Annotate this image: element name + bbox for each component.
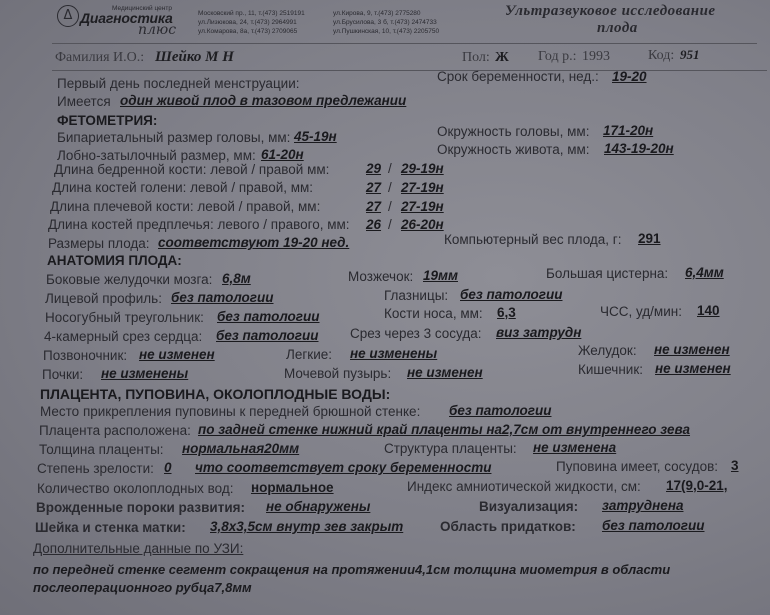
- profile-label: Лицевой профиль:: [45, 291, 162, 306]
- birth-year-value: 1993: [582, 49, 610, 65]
- spine-label: Позвоночник:: [43, 348, 127, 363]
- forearm-label: Длина костей предплечья: левого / правог…: [48, 217, 350, 232]
- header-divider: [52, 43, 757, 44]
- nasal-bone-label: Кости носа, мм:: [384, 306, 483, 321]
- femur-left-value: 29: [366, 161, 381, 176]
- heart-rate-label: ЧСС, уд/мин:: [600, 304, 682, 319]
- heart-4ch-value: без патологии: [216, 328, 319, 343]
- bpd-label: Бипариетальный размер головы, мм:: [57, 130, 290, 145]
- slash: /: [388, 180, 392, 195]
- present-value: один живой плод в тазовом предлежании: [120, 93, 406, 108]
- malformations-label: Врожденные пороки развития:: [36, 500, 245, 515]
- placenta-structure-value: не изменена: [533, 440, 616, 455]
- nasolabial-label: Носогубный треугольник:: [45, 310, 204, 325]
- birth-year-label: Год р.:: [538, 49, 576, 65]
- cisterna-value: 6,4мм: [685, 265, 724, 280]
- nasolabial-value: без патологии: [217, 309, 320, 324]
- slash: /: [388, 161, 392, 176]
- hc-label: Окружность головы, мм:: [437, 124, 589, 139]
- maturity-label: Степень зрелости:: [37, 461, 154, 476]
- afi-value: 17(9,0-21,: [666, 478, 728, 493]
- bladder-value: не изменен: [407, 365, 483, 380]
- patient-divider: [52, 70, 767, 71]
- weight-label: Компьютерный вес плода, г:: [444, 232, 621, 247]
- forearm-left-value: 26: [366, 217, 381, 232]
- nasal-bone-value: 6,3: [497, 305, 516, 320]
- placenta-location-label: Плацента расположена:: [39, 423, 191, 438]
- cervix-value: 3,8х3,5см внутр зев закрыт: [210, 519, 403, 534]
- orbits-value: без патологии: [460, 287, 563, 302]
- bladder-label: Мочевой пузырь:: [284, 366, 391, 381]
- fetometry-title: ФЕТОМЕТРИЯ:: [57, 113, 157, 128]
- anatomy-title: АНАТОМИЯ ПЛОДА:: [47, 253, 182, 268]
- cord-vessels-value: 3: [731, 458, 739, 473]
- femur-right-value: 29-19н: [401, 161, 444, 176]
- orbits-label: Глазницы:: [384, 288, 448, 303]
- name-value: Шейко М Н: [155, 49, 234, 66]
- name-label: Фамилия И.О.:: [55, 50, 144, 66]
- femur-label: Длина бедренной кости: левой / правой мм…: [54, 162, 329, 177]
- visualization-label: Визуализация:: [479, 499, 578, 514]
- lungs-value: не изменены: [350, 346, 437, 361]
- tibia-left-value: 27: [366, 180, 381, 195]
- gest-age-label: Срок беременности, нед.:: [437, 69, 599, 84]
- cord-insertion-value: без патологии: [449, 403, 552, 418]
- placenta-location-value: по задней стенке нижний край плаценты на…: [198, 422, 690, 437]
- present-label: Имеется: [57, 94, 111, 109]
- vessels3-label: Срез через 3 сосуда:: [350, 326, 481, 341]
- ofd-value: 61-20н: [261, 147, 304, 162]
- additional-title: Дополнительные данные по УЗИ:: [33, 541, 243, 556]
- ventricles-value: 6,8м: [222, 271, 251, 286]
- ventricles-label: Боковые желудочки мозга:: [46, 272, 212, 287]
- adnexa-label: Область придатков:: [440, 519, 576, 534]
- logo-icon: Δ: [57, 5, 79, 27]
- kidneys-label: Почки:: [42, 367, 83, 382]
- lungs-label: Легкие:: [286, 347, 332, 362]
- slash: /: [388, 217, 392, 232]
- placenta-thickness-value: нормальная20мм: [182, 441, 299, 456]
- vessels3-value: виз затрудн: [496, 325, 581, 340]
- cord-insertion-label: Место прикрепления пуповины к передней б…: [40, 404, 420, 419]
- fluid-value: нормальное: [251, 480, 334, 495]
- maturity-value: 0: [164, 460, 172, 475]
- adnexa-value: без патологии: [602, 518, 705, 533]
- sex-value: Ж: [495, 50, 509, 66]
- heart-rate-value: 140: [697, 303, 720, 318]
- document-title: Ультразвуковое исследование: [505, 3, 716, 20]
- slash: /: [388, 199, 392, 214]
- logo-plus: плюс: [138, 22, 176, 38]
- size-label: Размеры плода:: [48, 236, 150, 251]
- cord-vessels-label: Пуповина имеет, сосудов:: [556, 459, 718, 474]
- size-value: соответствуют 19-20 нед.: [158, 235, 349, 250]
- profile-value: без патологии: [171, 290, 274, 305]
- visualization-value: затруднена: [602, 498, 683, 513]
- humerus-right-value: 27-19н: [401, 199, 444, 214]
- lmp-label: Первый день последней менструации:: [57, 76, 300, 91]
- additional-line1: по передней стенке сегмент сокращения на…: [33, 562, 670, 577]
- afi-label: Индекс амниотической жидкости, см:: [407, 479, 641, 494]
- hc-value: 171-20н: [603, 123, 653, 138]
- humerus-left-value: 27: [366, 199, 381, 214]
- stomach-label: Желудок:: [578, 343, 637, 358]
- ofd-label: Лобно-затылочный размер, мм:: [57, 148, 256, 163]
- bowel-value: не изменен: [655, 361, 731, 376]
- cerebellum-label: Мозжечок:: [348, 269, 413, 284]
- cervix-label: Шейка и стенка матки:: [35, 520, 186, 535]
- maturity-note: что соответствует сроку беременности: [195, 460, 491, 475]
- heart-4ch-label: 4-камерный срез сердца:: [44, 329, 202, 344]
- cerebellum-value: 19мм: [423, 268, 458, 283]
- placenta-thickness-label: Толщина плаценты:: [39, 442, 164, 457]
- malformations-value: не обнаружены: [266, 499, 370, 514]
- bowel-label: Кишечник:: [578, 362, 643, 377]
- cisterna-label: Большая цистерна:: [546, 266, 668, 281]
- ac-label: Окружность живота, мм:: [437, 142, 590, 157]
- kidneys-value: не изменены: [101, 366, 188, 381]
- gest-age-value: 19-20: [612, 69, 647, 84]
- sex-label: Пол:: [462, 50, 490, 66]
- addresses-col2: ул.Кирова, 9, т.(473) 2775280 ул.Брусило…: [333, 9, 439, 36]
- tibia-right-value: 27-19н: [401, 180, 444, 195]
- weight-value: 291: [638, 231, 661, 246]
- placenta-title: ПЛАЦЕНТА, ПУПОВИНА, ОКОЛОПЛОДНЫЕ ВОДЫ:: [40, 386, 390, 402]
- document-title-line2: плода: [597, 20, 638, 37]
- bpd-value: 45-19н: [294, 129, 337, 144]
- additional-line2: послеоперационного рубца7,8мм: [33, 580, 252, 595]
- stomach-value: не изменен: [654, 342, 730, 357]
- tibia-label: Длина костей голени: левой / правой, мм:: [52, 180, 313, 195]
- placenta-structure-label: Структура плаценты:: [384, 441, 517, 456]
- fluid-label: Количество околоплодных вод:: [37, 481, 234, 496]
- spine-value: не изменен: [139, 347, 215, 362]
- code-value: 951: [680, 47, 700, 63]
- code-label: Код:: [648, 48, 674, 64]
- ac-value: 143-19-20н: [604, 141, 674, 156]
- humerus-label: Длина плечевой кости: левой / правой, мм…: [50, 199, 320, 214]
- addresses-col1: Московский пр., 11, т.(473) 2519191 ул.Л…: [198, 9, 305, 36]
- forearm-right-value: 26-20н: [401, 217, 444, 232]
